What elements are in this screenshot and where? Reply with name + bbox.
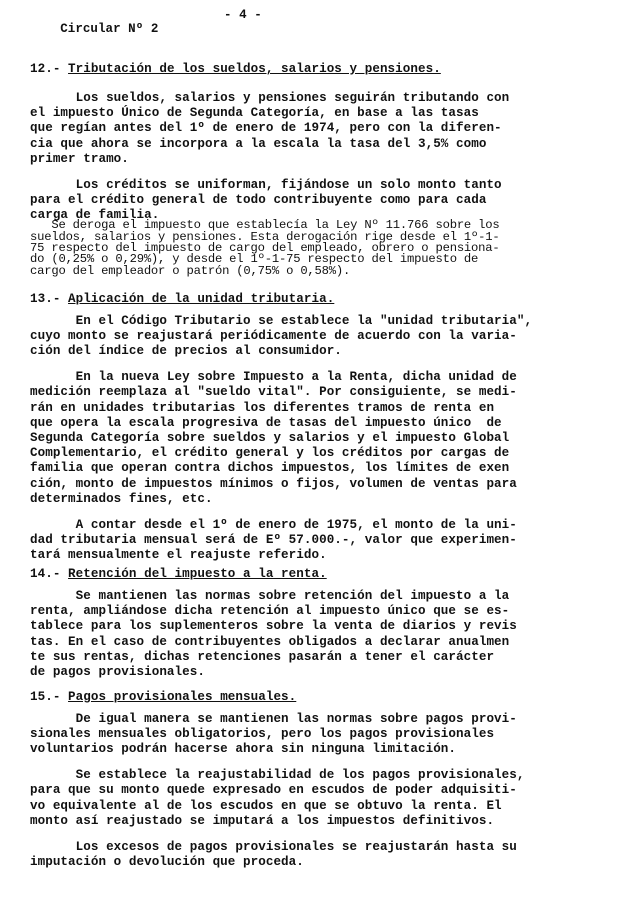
paragraph-line: voluntarios podrán hacerse ahora sin nin…	[30, 742, 456, 757]
circular-label: Circular Nº 2	[60, 22, 158, 36]
paragraph-line: En la nueva Ley sobre Impuesto a la Rent…	[30, 370, 517, 385]
paragraph-line: medición reemplaza al "sueldo vital". Po…	[30, 385, 517, 400]
section-number: 13.-	[30, 292, 68, 306]
paragraph-line: Se mantienen las normas sobre retención …	[30, 589, 509, 604]
paragraph-line: para el crédito general de todo contribu…	[30, 193, 486, 208]
section-number: 14.-	[30, 567, 68, 581]
paragraph-line: monto así reajustado se imputará a los i…	[30, 814, 494, 829]
paragraph-line: Se establece la reajustabilidad de los p…	[30, 768, 525, 783]
document-page: Circular Nº 2 - 4 - 12.- Tributación de …	[0, 0, 630, 903]
paragraph-line: Los créditos se uniforman, fijándose un …	[30, 178, 502, 193]
paragraph-line: el impuesto Único de Segunda Categoría, …	[30, 106, 479, 121]
paragraph-line: sionales mensuales obligatorios, pero lo…	[30, 727, 494, 742]
page-header: Circular Nº 2 - 4 -	[30, 8, 158, 64]
paragraph-line: rán en unidades tributarias los diferent…	[30, 401, 494, 416]
section-title: Aplicación de la unidad tributaria.	[68, 292, 334, 306]
paragraph-line: imputación o devolución que proceda.	[30, 855, 304, 870]
paragraph-line: tará mensualmente el reajuste referido.	[30, 548, 327, 563]
paragraph-line: determinados fines, etc.	[30, 492, 213, 507]
paragraph-line: que opera la escala progresiva de tasas …	[30, 416, 502, 431]
paragraph-line: tablece para los suplementeros sobre la …	[30, 619, 517, 634]
section-title: Pagos provisionales mensuales.	[68, 690, 296, 704]
section-title: Retención del impuesto a la renta.	[68, 567, 327, 581]
paragraph-line: tas. En el caso de contribuyentes obliga…	[30, 635, 509, 650]
paragraph-line: primer tramo.	[30, 152, 129, 167]
paragraph-line: renta, ampliándose dicha retención al im…	[30, 604, 509, 619]
paragraph-line: ción, monto de impuestos mínimos o fijos…	[30, 477, 517, 492]
paragraph-line: ción del índice de precios al consumidor…	[30, 344, 342, 359]
paragraph-line-small: cargo del empleador o patrón (0,75% o 0,…	[30, 266, 350, 278]
page-number: - 4 -	[224, 8, 262, 22]
paragraph-line: que regían antes del 1º de enero de 1974…	[30, 121, 502, 136]
paragraph-line: Complementario, el crédito general y los…	[30, 446, 509, 461]
paragraph-line: A contar desde el 1º de enero de 1975, e…	[30, 518, 517, 533]
paragraph-line: vo equivalente al de los escudos en que …	[30, 799, 502, 814]
section-heading: 13.- Aplicación de la unidad tributaria.	[30, 292, 334, 307]
section-heading: 12.- Tributación de los sueldos, salario…	[30, 62, 441, 77]
paragraph-line: cuyo monto se reajustará periódicamente …	[30, 329, 517, 344]
paragraph-line: cia que ahora se incorpora a la escala l…	[30, 137, 486, 152]
paragraph-line: En el Código Tributario se establece la …	[30, 314, 532, 329]
paragraph-line: dad tributaria mensual será de Eº 57.000…	[30, 533, 517, 548]
section-heading: 14.- Retención del impuesto a la renta.	[30, 567, 327, 582]
section-number: 15.-	[30, 690, 68, 704]
section-title: Tributación de los sueldos, salarios y p…	[68, 62, 441, 76]
section-heading: 15.- Pagos provisionales mensuales.	[30, 690, 296, 705]
paragraph-line: De igual manera se mantienen las normas …	[30, 712, 517, 727]
paragraph-line: para que su monto quede expresado en esc…	[30, 783, 517, 798]
paragraph-line: Los excesos de pagos provisionales se re…	[30, 840, 517, 855]
paragraph-line: Los sueldos, salarios y pensiones seguir…	[30, 91, 509, 106]
section-number: 12.-	[30, 62, 68, 76]
paragraph-line: te sus rentas, dichas retenciones pasará…	[30, 650, 494, 665]
paragraph-line: de pagos provisionales.	[30, 665, 205, 680]
paragraph-line: familia que operan contra dichos impuest…	[30, 461, 509, 476]
paragraph-line: Segunda Categoría sobre sueldos y salari…	[30, 431, 509, 446]
